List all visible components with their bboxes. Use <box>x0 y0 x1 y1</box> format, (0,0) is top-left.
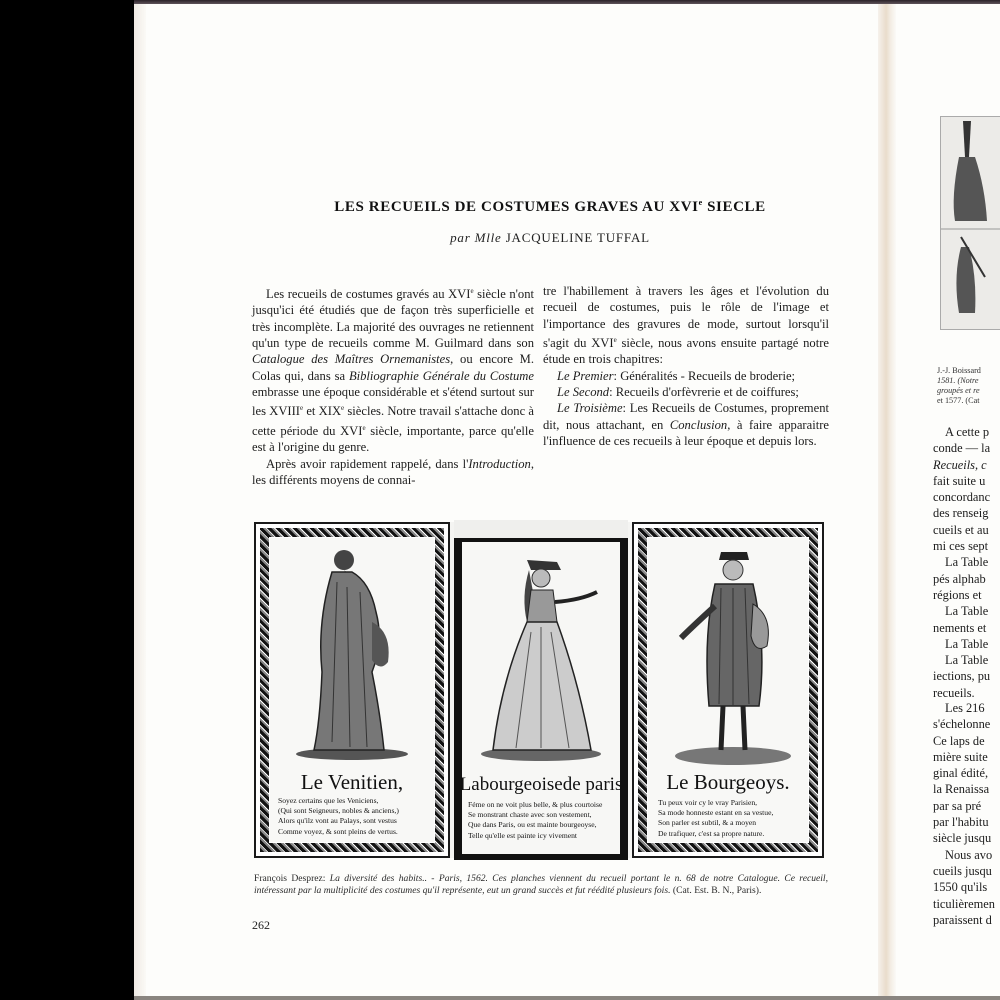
engraving-plates-figure: Le Venitien, Soyez certains que les Veni… <box>254 522 824 858</box>
plate-verse: Féme on ne voit plus belle, & plus court… <box>468 800 602 841</box>
bourgeois-figure-icon <box>663 546 793 766</box>
paragraph: Les recueils de costumes gravés au XVIe … <box>252 283 534 456</box>
plate-title: Labourgeoisede paris <box>454 774 628 796</box>
scan-background <box>0 0 134 1000</box>
chapter-1: Le Premier: Généralités - Recueils de br… <box>543 368 829 384</box>
plate-verse: Tu peux voir cy le vray Parisien,Sa mode… <box>658 798 773 839</box>
right-text-block-1: A cette p conde — la Recueils, c fait su… <box>933 424 990 701</box>
paragraph: tre l'habillement à travers les âges et … <box>543 283 829 368</box>
right-text-block-2: Les 216 s'échelonne Ce laps de mière sui… <box>933 700 995 928</box>
text-column-1: Les recueils de costumes gravés au XVIe … <box>252 283 534 488</box>
chapter-3: Le Troisième: Les Recueils de Costumes, … <box>543 400 829 449</box>
plate-title: Le Venitien, <box>256 770 448 795</box>
chapter-2: Le Second: Recueils d'orfèvrerie et de c… <box>543 384 829 400</box>
byline-prefix: par Mlle <box>450 230 502 245</box>
article-byline: par Mlle JACQUELINE TUFFAL <box>300 230 800 246</box>
plate-bourgeoys: Le Bourgeoys. Tu peux voir cy le vray Pa… <box>632 522 824 858</box>
plate-title: Le Bourgeoys. <box>634 770 822 795</box>
article-title: LES RECUEILS DE COSTUMES GRAVES AU XVIe … <box>300 198 800 216</box>
boissard-engraving-image <box>940 116 1000 330</box>
paragraph: Après avoir rapidement rappelé, dans l'I… <box>252 456 534 489</box>
book-gutter <box>878 4 896 1000</box>
text-column-2: tre l'habillement à travers les âges et … <box>543 283 829 449</box>
book-bottom-edge <box>134 996 1000 1000</box>
right-figure-caption: J.-J. Boissard 1581. (Notre groupés et r… <box>937 366 981 406</box>
figure-caption: François Desprez: La diversité des habit… <box>254 873 828 896</box>
plate-bourgeoise: Labourgeoisede paris Féme on ne voit plu… <box>454 520 628 860</box>
plate-verse: Soyez certains que les Veniciens,(Qui so… <box>278 796 399 837</box>
right-page: J.-J. Boissard 1581. (Notre groupés et r… <box>896 4 1000 1000</box>
page-number: 262 <box>252 918 270 933</box>
author-name: JACQUELINE TUFFAL <box>506 230 650 245</box>
bourgeoise-figure-icon <box>471 552 611 762</box>
plate-venitien: Le Venitien, Soyez certains que les Veni… <box>254 522 450 858</box>
venetian-figure-icon <box>292 542 412 762</box>
